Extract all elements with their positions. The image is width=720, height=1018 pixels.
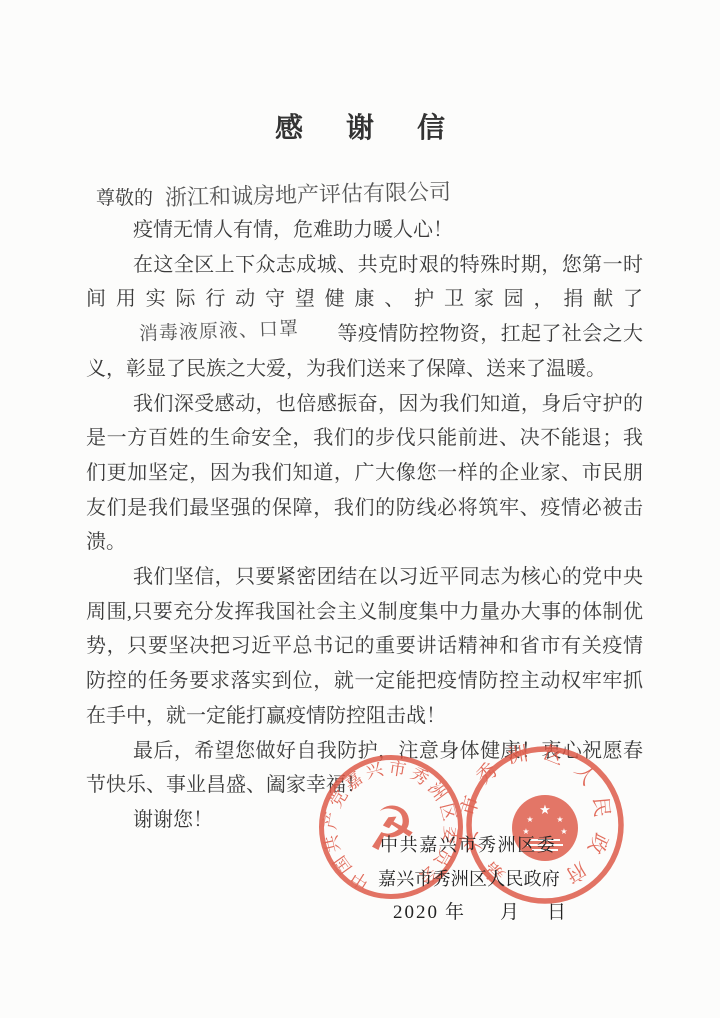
date-year: 2020 [393,902,439,923]
svg-text:★: ★ [526,815,533,824]
paragraph-2-before: 在这全区上下众志成城、共克时艰的特殊时期，您第一时间用实际行动守望健康、护卫家园… [86,254,643,311]
paragraph-3: 我们深受感动，也倍感振奋，因为我们知道，身后守护的是一方百姓的生命安全，我们的步… [86,387,643,561]
svg-text:★: ★ [556,815,563,824]
date-month-label: 月 [500,902,519,923]
scanned-letter-page: 感 谢 信 尊敬的浙江和诚房地产评估有限公司 疫情无情人有情，危难助力暖人心！ … [0,0,720,1018]
handwritten-recipient-name: 浙江和诚房地产评估有限公司 [165,175,452,212]
svg-text:★: ★ [539,803,551,818]
date-day-label: 日 [547,902,566,923]
signature-party-committee: 中共嘉兴市秀洲区委 [380,831,556,857]
salutation-prefix: 尊敬的 [96,188,153,209]
salutation-line: 尊敬的浙江和诚房地产评估有限公司 [96,180,451,211]
handwritten-donated-items: 消毒液原液、口罩 [91,312,299,354]
letter-title: 感 谢 信 [0,106,720,146]
paragraph-1: 疫情无情人有情，危难助力暖人心！ [86,213,643,248]
signature-people-government: 嘉兴市秀洲区人民政府 [378,865,560,891]
date-line: 2020年月日 [393,897,566,924]
svg-text:★: ★ [560,827,567,836]
paragraph-2: 在这全区上下众志成城、共克时艰的特殊时期，您第一时间用实际行动守望健康、护卫家园… [86,248,643,387]
date-year-label: 年 [445,902,464,923]
paragraph-4: 我们坚信，只要紧密团结在以习近平同志为核心的党中央周围,只要充分发挥我国社会主义… [86,560,643,734]
